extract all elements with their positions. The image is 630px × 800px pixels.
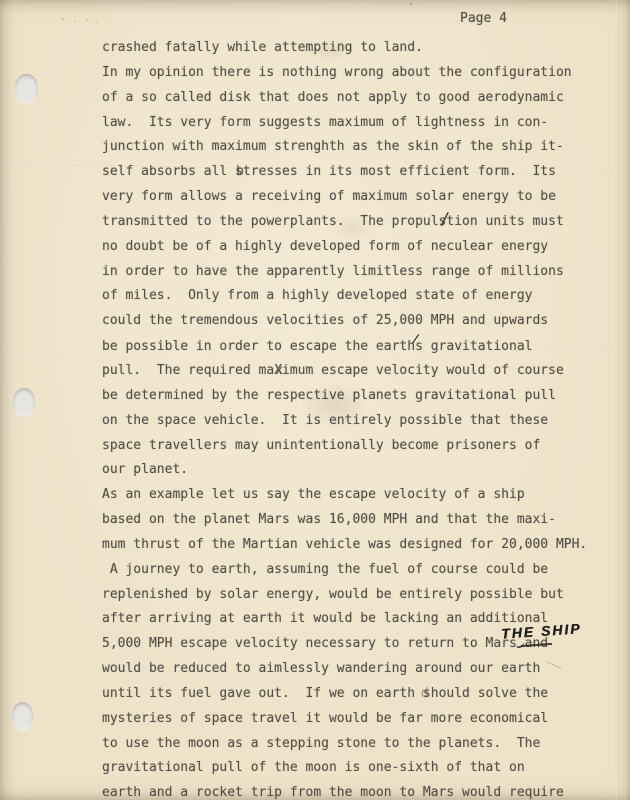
text-segment: In my opinion there is nothing wrong abo… [102,65,572,80]
typed-line: of miles. Only from a highly developed s… [102,284,612,309]
typed-line: A journey to earth, assuming the fuel of… [102,558,612,583]
typed-line: As an example let us say the escape velo… [102,483,612,508]
typed-line: gravitational pull of the moon is one-si… [102,756,612,781]
overtyped-letters: shd [423,682,439,707]
text-segment: transmitted to the powerplants. The prop… [102,214,439,229]
overtype-ghost: x [275,359,283,384]
text-segment: gravitational pull of the moon is one-si… [102,760,525,775]
typed-line: on the space vehicle. It is entirely pos… [102,409,612,434]
paper-speck [410,3,412,5]
text-segment: very form allows a receiving of maximum … [102,189,556,204]
text-segment: imum escape velocity would of course [282,363,564,378]
text-segment: A journey to earth, assuming the fuel of… [102,562,548,577]
punch-hole [15,74,38,103]
page-number: Page 4 [460,11,507,26]
typed-line: mum thrust of the Martian vehicle was de… [102,533,612,558]
text-segment: be determined by the respective planets … [102,388,556,403]
text-segment: 5,000 MPH escape velocity necessary to r… [102,636,517,651]
handwritten-insert: THE SHIP [500,616,582,646]
typed-line: transmitted to the powerplants. The prop… [102,210,612,235]
typed-line: law. Its very form suggests maximum of l… [102,111,612,136]
text-segment: to use the moon as a stepping stone to t… [102,736,540,751]
text-segment: no doubt be of a highly developed form o… [102,239,548,254]
typed-text: crashed fatally while attempting to land… [102,36,612,800]
typed-line: in order to have the apparently limitles… [102,260,612,285]
text-segment: based on the planet Mars was 16,000 MPH … [102,512,556,527]
punch-hole [13,388,35,416]
text-segment: our planet. [102,462,188,477]
text-segment: mum thrust of the Martian vehicle was de… [102,537,587,552]
text-segment: law. Its very form suggests maximum of l… [102,115,548,130]
typed-line: 5,000 MPH escape velocity necessary to r… [102,632,612,657]
typed-line: no doubt be of a highly developed form o… [102,235,612,260]
typed-line: based on the planet Mars was 16,000 MPH … [102,508,612,533]
text-segment: junction with maximum strenghth as the s… [102,139,564,154]
text-segment: until its fuel gave out. If we on earth [102,686,423,701]
text-segment: tresses in its most efficient form. Its [243,164,556,179]
text-segment: on the space vehicle. It is entirely pos… [102,413,548,428]
vertical-crease [616,0,619,800]
typed-line: of a so called disk that does not apply … [102,86,612,111]
overtype-ghost: / [441,207,451,232]
typed-line: crashed fatally while attempting to land… [102,36,612,61]
typed-line: very form allows a receiving of maximum … [102,185,612,210]
text-segment: space travellers may unintentionally bec… [102,438,540,453]
typed-line: self absorbs all sbtresses in its most e… [102,160,612,185]
typed-line: be determined by the respective planets … [102,384,612,409]
typed-line: In my opinion there is nothing wrong abo… [102,61,612,86]
typed-line: replenished by solar energy, would be en… [102,583,612,608]
typed-line: earth and a rocket trip from the moon to… [102,781,612,800]
text-segment: of miles. Only from a highly developed s… [102,288,532,303]
text-segment: be possible in order to escape the earth [102,339,415,354]
typed-line: pull. The required maXximum escape veloc… [102,359,612,384]
typed-line: to use the moon as a stepping stone to t… [102,732,612,757]
text-segment: s gravitational [415,339,532,354]
typed-line: until its fuel gave out. If we on earth … [102,682,612,707]
typed-line: space travellers may unintentionally bec… [102,434,612,459]
typed-line: our planet. [102,458,612,483]
text-segment: As an example let us say the escape velo… [102,487,525,502]
text-segment: mysteries of space travel it would be fa… [102,711,548,726]
text-segment: would be reduced to aimlessly wandering … [102,661,540,676]
typed-line: would be reduced to aimlessly wandering … [102,657,612,682]
overtyped-letter: Xx [274,359,282,384]
text-segment: in order to have the apparently limitles… [102,264,564,279]
typed-line: mysteries of space travel it would be fa… [102,707,612,732]
overtype-ghost: d [421,682,429,707]
typed-line: could the tremendous velocities of 25,00… [102,309,612,334]
text-segment: could the tremendous velocities of 25,00… [102,313,548,328]
typed-line: junction with maximum strenghth as the s… [102,135,612,160]
text-segment: after arriving at earth it would be lack… [102,611,548,626]
text-segment: pull. The required ma [102,363,274,378]
text-segment: self absorbs all [102,164,235,179]
text-segment: ould solve the [439,686,549,701]
text-segment: replenished by solar energy, would be en… [102,587,564,602]
overtype-ghost: b [236,160,244,185]
text-segment: of a so called disk that does not apply … [102,90,564,105]
paper-page: Page 4 crashed fatally while attempting … [0,0,630,800]
text-segment: crashed fatally while attempting to land… [102,40,423,55]
pencil-marks [62,18,64,20]
text-segment: tion units must [446,214,563,229]
typed-line: be possible in order to escape the earth… [102,334,612,359]
overtyped-letter: sb [235,160,243,185]
text-segment: earth and a rocket trip from the moon to… [102,785,564,800]
punch-hole [12,702,33,730]
pen-slashed-letter: s/ [439,210,447,235]
